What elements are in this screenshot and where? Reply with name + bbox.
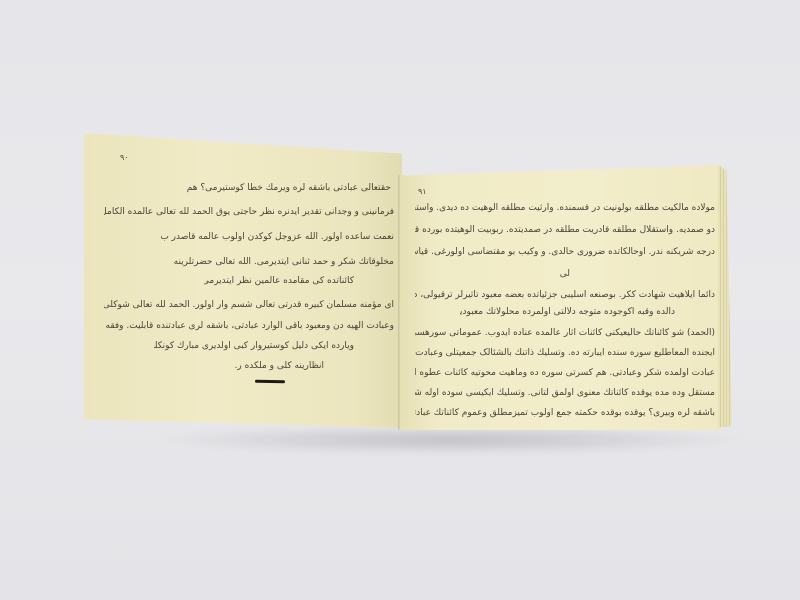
right-line: باشقه لره وبیری؟ یوقده بوقده حکمته جمع ا…	[415, 408, 715, 420]
photo-scene: ٩٠ حقتعالی عبادتی باشقه لره ویرمك خطا کو…	[0, 0, 800, 600]
page-edges	[718, 165, 732, 427]
end-flourish	[255, 380, 285, 384]
right-line: مولاده مالکیت مطلقه بولونیت در قسمنده. و…	[415, 203, 715, 215]
left-page: ٩٠ حقتعالی عبادتی باشقه لره ویرمك خطا کو…	[84, 133, 402, 428]
right-page-number: ٩١	[418, 187, 427, 196]
right-line: دالده وقبه اکوجوده متوجه دلالتی اولمرده …	[460, 307, 675, 319]
left-line: نعمت ساعده اولور. الله عزوجل کوکدن اولوب…	[104, 232, 394, 244]
left-page-number: ٩٠	[120, 153, 129, 162]
right-line: دائما ایلاهیت شهادت ککر. بوصنعه اسلیبی ج…	[415, 290, 715, 302]
right-line: ایجنده المعاطلیع سوره سنده ایبارته ده. و…	[415, 348, 715, 360]
right-page: ٩١ مولاده مالکیت مطلقه بولونیت در قسمنده…	[400, 165, 722, 430]
left-line: کائناتده کی مقامده عالمین نظر ایتدیرمی؟	[204, 276, 354, 288]
left-line: وعبادت الهیه دن ومعبود باقی الوارد عبادت…	[104, 321, 394, 333]
left-line: مخلوقاتك شكر و حمد ثنانی ایتدیرمی. الله …	[104, 257, 394, 269]
right-line: مستقل وده مده یوقده کائناتك معنوی اولمق …	[415, 388, 715, 400]
right-line: عبادت اولمده شکر وعبادتی. هم کسرتی سوره …	[415, 368, 715, 380]
right-line: لی	[550, 269, 570, 281]
left-line: ای مؤمنه مسلمان کبیره قدرتی تعالی شسم وا…	[104, 300, 394, 312]
left-line: فرمانینی و وجدانی تقدیر ایدنره نظر حاجتی…	[104, 207, 394, 219]
left-line: ویارده ایکی دلیل کوستیروار کبی اولدیری م…	[154, 341, 354, 353]
left-line: حقتعالی عبادتی باشقه لره ویرمك خطا کوستی…	[106, 183, 391, 195]
right-line: (الحمد) شو کائناتك حالیعیکنی کائنات آثار…	[415, 328, 715, 340]
right-line: دو صمدیه. واستقلال مطلقه قادریت مطلقه در…	[415, 225, 715, 237]
left-line: انظارینه کلی و ملکده ر.	[224, 361, 324, 373]
right-line: درجه شریکنه ندر. اوحالکاتده ضروری حالدی.…	[415, 247, 715, 259]
